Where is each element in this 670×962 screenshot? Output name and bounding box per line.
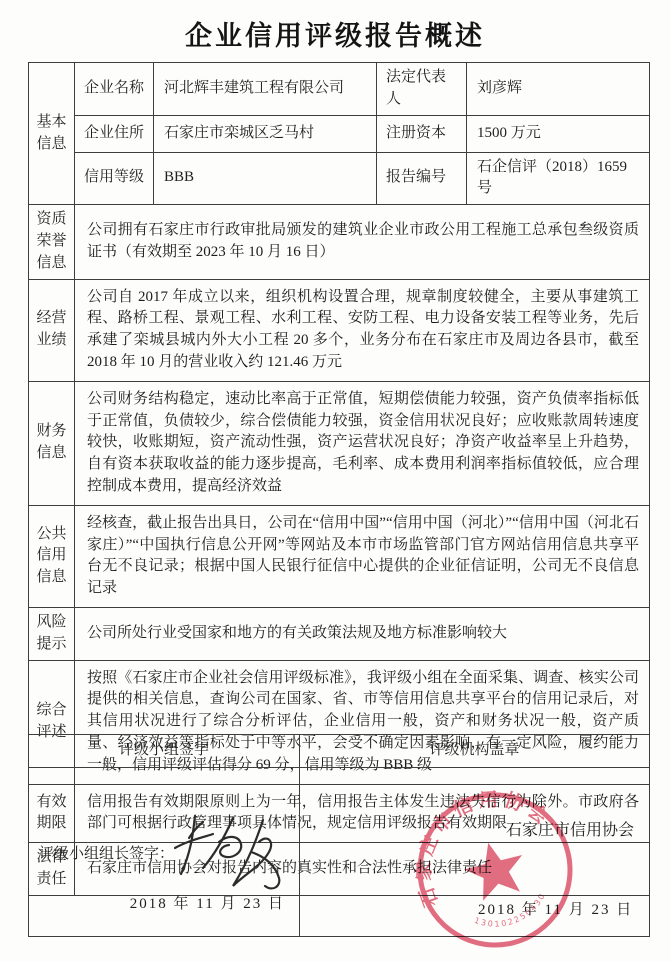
leader-signature-handwriting-icon — [167, 808, 295, 904]
section-text-public-credit: 经核查，截止报告出具日，公司在“信用中国”“信用中国（河北）”“信用中国（河北石… — [75, 505, 650, 607]
field-label-company-address: 企业住所 — [75, 115, 154, 152]
field-value-report-number: 石企信评（2018）1659 号 — [467, 152, 650, 205]
section-text-risk-warning: 公司所处行业受国家和地方的有关政策法规及地方标准影响较大 — [75, 607, 650, 660]
table-row: 企业住所 石家庄市栾城区乏马村 注册资本 1500 万元 — [29, 115, 650, 152]
table-row: 公共 信用 信息 经核查，截止报告出具日，公司在“信用中国”“信用中国（河北）”… — [29, 505, 650, 607]
signature-date: 2018 年 11 月 23 日 — [130, 894, 285, 916]
field-value-registered-capital: 1500 万元 — [467, 115, 650, 152]
signature-table: 评级小组签字 评级机构盖章 评级小组组长签字： 2018 年 11 月 23 日… — [28, 734, 650, 937]
table-row: 风险 提示 公司所处行业受国家和地方的有关政策法规及地方标准影响较大 — [29, 607, 650, 660]
section-label-business-performance: 经营 业绩 — [29, 279, 75, 381]
section-label-basic-info: 基本 信息 — [29, 63, 75, 205]
section-text-qualification: 公司拥有石家庄市行政审批局颁发的建筑业企业市政公用工程施工总承包叁级资质证书（有… — [75, 205, 650, 279]
table-row: 评级小组组长签字： 2018 年 11 月 23 日 石家庄市信用协会 2018… — [29, 768, 650, 937]
table-row: 评级小组签字 评级机构盖章 — [29, 735, 650, 768]
agency-seal-header: 评级机构盖章 — [300, 735, 650, 768]
credit-rating-report-page: 企业信用评级报告概述 基本 信息 企业名称 河北辉丰建筑工程有限公司 法定代表人… — [0, 0, 670, 962]
field-label-registered-capital: 注册资本 — [377, 115, 467, 152]
field-value-credit-rating: BBB — [154, 152, 377, 205]
field-label-company-name: 企业名称 — [75, 63, 154, 116]
section-label-public-credit: 公共 信用 信息 — [29, 505, 75, 607]
field-label-report-number: 报告编号 — [377, 152, 467, 205]
agency-red-seal-icon: 石家庄市信用协会 130102250430 — [409, 782, 581, 958]
table-row: 基本 信息 企业名称 河北辉丰建筑工程有限公司 法定代表人 刘彦辉 — [29, 63, 650, 116]
field-value-legal-representative: 刘彦辉 — [467, 63, 650, 116]
table-row: 资质 荣誉 信息 公司拥有石家庄市行政审批局颁发的建筑业企业市政公用工程施工总承… — [29, 205, 650, 279]
section-text-financial-info: 公司财务结构稳定，速动比率高于正常值，短期偿债能力较强，资产负债率指标低于正常值… — [75, 381, 650, 505]
section-text-business-performance: 公司自 2017 年成立以来，组织机构设置合理，规章制度较健全，主要从事建筑工程… — [75, 279, 650, 381]
seal-cell: 石家庄市信用协会 2018 年 11 月 23 日 石家庄市信用协会 — [300, 768, 650, 937]
section-label-financial-info: 财务 信息 — [29, 381, 75, 505]
table-row: 经营 业绩 公司自 2017 年成立以来，组织机构设置合理，规章制度较健全，主要… — [29, 279, 650, 381]
signature-cell: 评级小组组长签字： 2018 年 11 月 23 日 — [29, 768, 300, 937]
table-row: 信用等级 BBB 报告编号 石企信评（2018）1659 号 — [29, 152, 650, 205]
section-label-qualification: 资质 荣誉 信息 — [29, 205, 75, 279]
field-value-company-name: 河北辉丰建筑工程有限公司 — [154, 63, 377, 116]
page-title: 企业信用评级报告概述 — [0, 14, 670, 53]
section-label-risk-warning: 风险 提示 — [29, 607, 75, 660]
leader-signature-label: 评级小组组长签字： — [39, 844, 174, 866]
field-label-legal-representative: 法定代表人 — [377, 63, 467, 116]
field-value-company-address: 石家庄市栾城区乏马村 — [154, 115, 377, 152]
signature-group-header: 评级小组签字 — [29, 735, 300, 768]
field-label-credit-rating: 信用等级 — [75, 152, 154, 205]
table-row: 财务 信息 公司财务结构稳定，速动比率高于正常值，短期偿债能力较强，资产负债率指… — [29, 381, 650, 505]
